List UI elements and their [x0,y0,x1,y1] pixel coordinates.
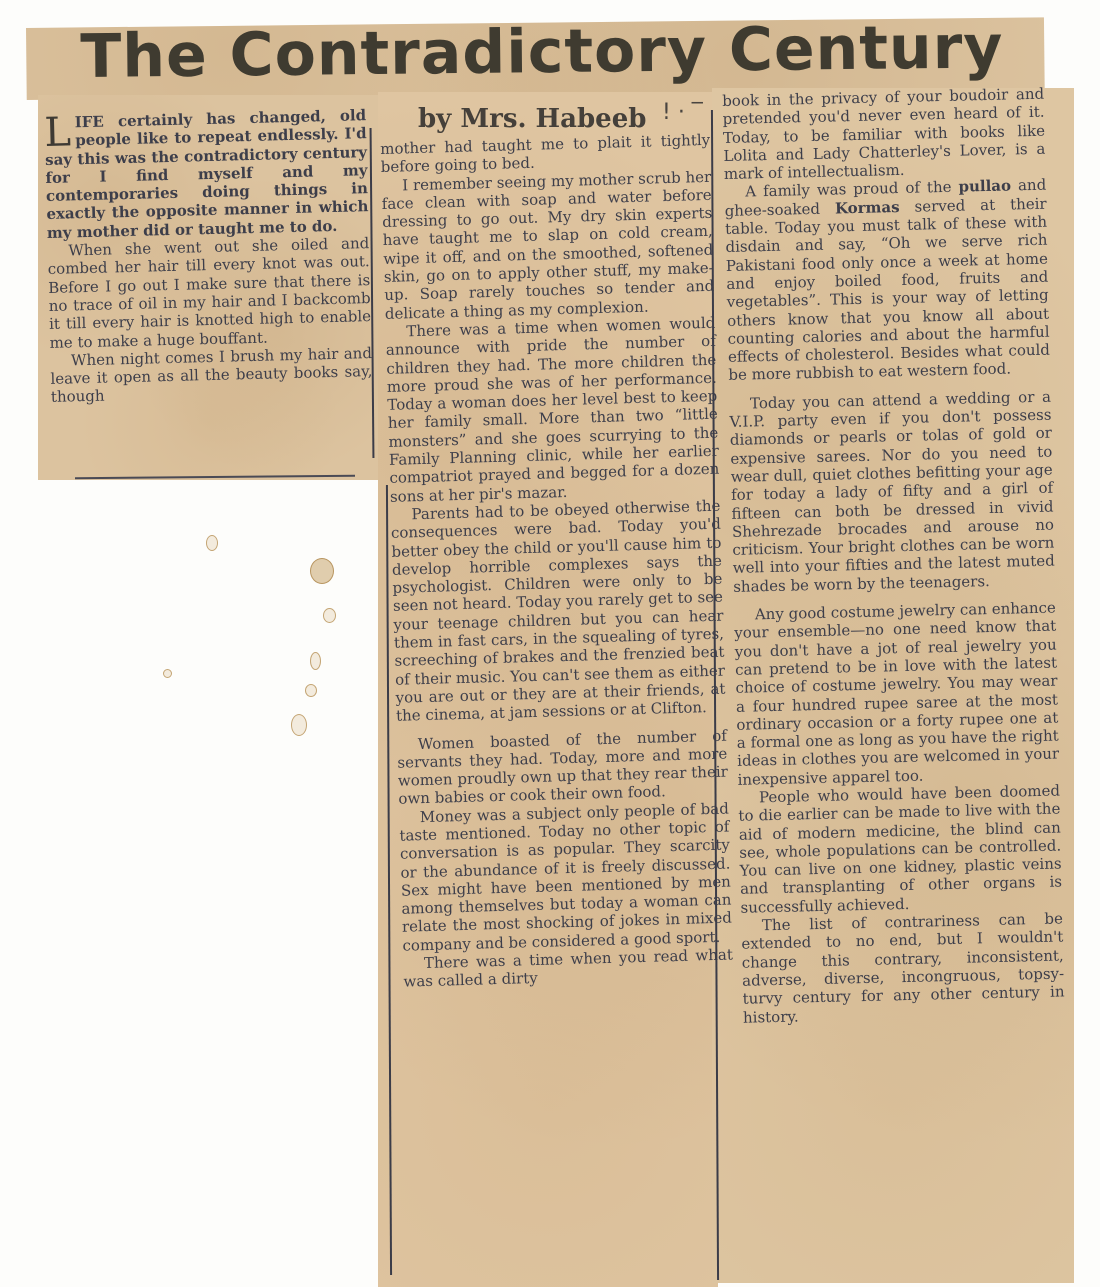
article-column-right: book in the privacy of your boudoir and … [722,85,1065,1027]
stain-mark [323,608,336,623]
stain-mark [206,535,218,551]
stain-mark [291,714,307,736]
article-column-left: LIFE certainly has changed, old people l… [44,106,373,407]
article-paragraph: There was a time when women would announ… [385,314,720,506]
stain-mark [310,652,321,670]
scanned-clipping: The Contradictory Century by Mrs. Habeeb… [0,0,1100,1287]
article-paragraph: Money was a subject only people of bad t… [399,799,733,955]
article-paragraph: book in the privacy of your boudoir and … [722,85,1046,184]
article-paragraph: The list of contrariness can be extended… [741,910,1065,1027]
article-column-middle: mother had taught me to plait it tightly… [380,131,734,992]
article-paragraph: People who would have been doomed to die… [738,781,1063,916]
article-paragraph: A family was proud of the pullao and ghe… [724,176,1050,385]
stain-mark [305,684,317,697]
drop-cap: L [44,115,71,150]
article-paragraph: Parents had to be obeyed otherwise the c… [390,497,726,726]
article-paragraph: Any good costume jewelry can enhance you… [734,599,1060,789]
stain-mark [310,558,334,584]
stain-mark [163,669,172,678]
article-paragraph: When she went out she oiled and combed h… [47,234,372,352]
article-headline: The Contradictory Century [80,12,1021,92]
article-paragraph: LIFE certainly has changed, old people l… [44,106,369,242]
article-paragraph: Today you can attend a wedding or a V.I.… [729,387,1055,596]
article-paragraph: I remember seeing my mother scrub her fa… [381,167,715,323]
article-paragraph: When night comes I brush my hair and lea… [50,344,373,407]
printer-mark: ! · ‾ [662,100,703,125]
article-byline: by Mrs. Habeeb [418,104,646,134]
article-paragraph: Women boasted of the number of servants … [397,726,729,808]
